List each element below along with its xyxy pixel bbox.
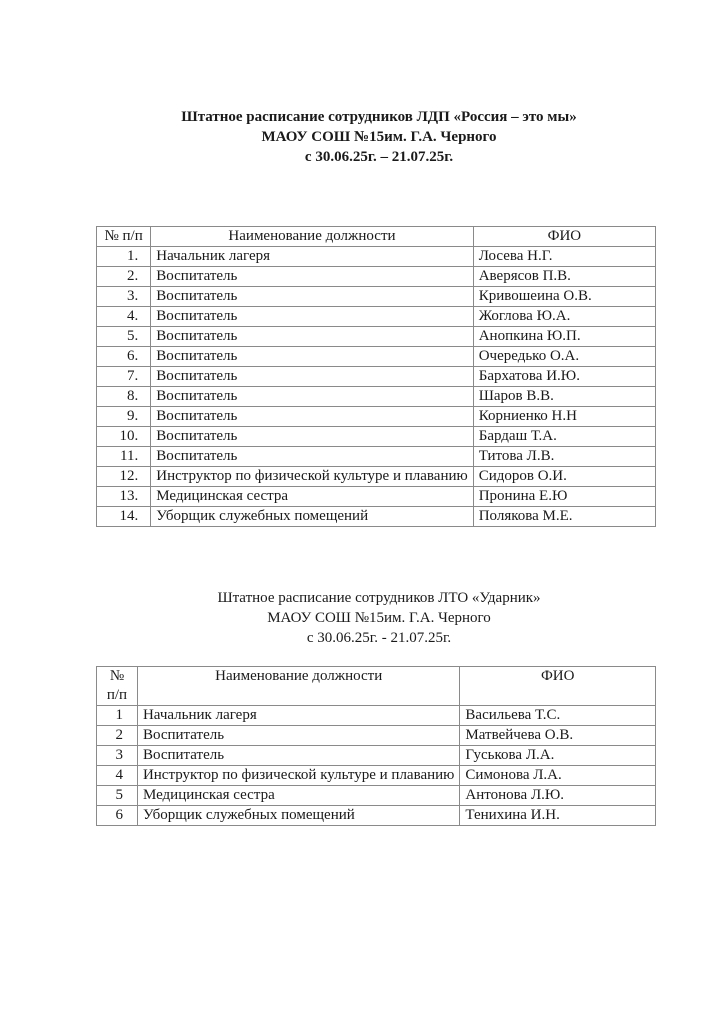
row-position: Воспитатель <box>151 267 473 287</box>
section1-heading: Штатное расписание сотрудников ЛДП «Росс… <box>0 107 724 167</box>
row-number: 1 <box>97 706 138 726</box>
row-number: 4 <box>97 766 138 786</box>
row-position: Уборщик служебных помещений <box>137 806 459 826</box>
row-number: 5 <box>97 786 138 806</box>
section1-title: Штатное расписание сотрудников ЛДП «Росс… <box>34 107 724 127</box>
row-number: 12. <box>97 467 151 487</box>
section1-dates: с 30.06.25г. – 21.07.25г. <box>34 147 724 167</box>
row-position: Воспитатель <box>151 387 473 407</box>
row-name: Сидоров О.И. <box>473 467 655 487</box>
table-row: 1Начальник лагеряВасильева Т.С. <box>97 706 656 726</box>
header-name: ФИО <box>460 667 656 706</box>
row-number: 2 <box>97 726 138 746</box>
row-name: Жоглова Ю.А. <box>473 307 655 327</box>
table-row: 6Уборщик служебных помещенийТенихина И.Н… <box>97 806 656 826</box>
header-number: № п/п <box>97 227 151 247</box>
header-position: Наименование должности <box>151 227 473 247</box>
row-position: Воспитатель <box>151 307 473 327</box>
table-header-row: № п/п Наименование должности ФИО <box>97 667 656 706</box>
header-position: Наименование должности <box>137 667 459 706</box>
header-number: № п/п <box>97 667 138 706</box>
row-number: 10. <box>97 427 151 447</box>
row-number: 9. <box>97 407 151 427</box>
section1-school: МАОУ СОШ №15им. Г.А. Черного <box>34 127 724 147</box>
row-position: Воспитатель <box>151 347 473 367</box>
row-name: Антонова Л.Ю. <box>460 786 656 806</box>
table-row: 5.ВоспитательАнопкина Ю.П. <box>97 327 656 347</box>
row-number: 6 <box>97 806 138 826</box>
table-row: 8.ВоспитательШаров В.В. <box>97 387 656 407</box>
row-position: Воспитатель <box>137 746 459 766</box>
row-name: Тенихина И.Н. <box>460 806 656 826</box>
row-name: Титова Л.В. <box>473 447 655 467</box>
table-row: 3.ВоспитательКривошеина О.В. <box>97 287 656 307</box>
table-row: 14.Уборщик служебных помещенийПолякова М… <box>97 507 656 527</box>
row-number: 3. <box>97 287 151 307</box>
row-number: 4. <box>97 307 151 327</box>
row-name: Полякова М.Е. <box>473 507 655 527</box>
row-name: Очередько О.А. <box>473 347 655 367</box>
row-number: 5. <box>97 327 151 347</box>
row-number: 2. <box>97 267 151 287</box>
table-row: 11.ВоспитательТитова Л.В. <box>97 447 656 467</box>
table-row: 12.Инструктор по физической культуре и п… <box>97 467 656 487</box>
table-row: 2ВоспитательМатвейчева О.В. <box>97 726 656 746</box>
table-row: 1.Начальник лагеряЛосева Н.Г. <box>97 247 656 267</box>
row-number: 11. <box>97 447 151 467</box>
row-name: Шаров В.В. <box>473 387 655 407</box>
staff-table-lto: № п/п Наименование должности ФИО 1Началь… <box>96 666 656 826</box>
row-number: 3 <box>97 746 138 766</box>
header-name: ФИО <box>473 227 655 247</box>
table-row: 9.ВоспитательКорниенко Н.Н <box>97 407 656 427</box>
row-position: Воспитатель <box>151 367 473 387</box>
row-name: Бархатова И.Ю. <box>473 367 655 387</box>
table-row: 4Инструктор по физической культуре и пла… <box>97 766 656 786</box>
row-position: Медицинская сестра <box>137 786 459 806</box>
row-position: Воспитатель <box>137 726 459 746</box>
row-name: Васильева Т.С. <box>460 706 656 726</box>
row-position: Инструктор по физической культуре и плав… <box>151 467 473 487</box>
row-position: Воспитатель <box>151 407 473 427</box>
row-position: Воспитатель <box>151 427 473 447</box>
row-position: Воспитатель <box>151 287 473 307</box>
table-row: 10.ВоспитательБардаш Т.А. <box>97 427 656 447</box>
row-name: Корниенко Н.Н <box>473 407 655 427</box>
table-row: 4.ВоспитательЖоглова Ю.А. <box>97 307 656 327</box>
row-name: Аверясов П.В. <box>473 267 655 287</box>
section2-dates: с 30.06.25г. - 21.07.25г. <box>34 628 724 648</box>
section2-heading: Штатное расписание сотрудников ЛТО «Удар… <box>0 588 724 648</box>
row-number: 13. <box>97 487 151 507</box>
row-position: Медицинская сестра <box>151 487 473 507</box>
row-name: Гуськова Л.А. <box>460 746 656 766</box>
row-name: Лосева Н.Г. <box>473 247 655 267</box>
row-position: Воспитатель <box>151 327 473 347</box>
table-row: 7.ВоспитательБархатова И.Ю. <box>97 367 656 387</box>
row-name: Бардаш Т.А. <box>473 427 655 447</box>
row-number: 7. <box>97 367 151 387</box>
row-number: 6. <box>97 347 151 367</box>
row-number: 8. <box>97 387 151 407</box>
row-position: Уборщик служебных помещений <box>151 507 473 527</box>
row-position: Воспитатель <box>151 447 473 467</box>
row-name: Анопкина Ю.П. <box>473 327 655 347</box>
row-number: 1. <box>97 247 151 267</box>
row-name: Матвейчева О.В. <box>460 726 656 746</box>
staff-table-ldp: № п/п Наименование должности ФИО 1.Начал… <box>96 226 656 527</box>
row-name: Симонова Л.А. <box>460 766 656 786</box>
table-row: 2.ВоспитательАверясов П.В. <box>97 267 656 287</box>
row-number: 14. <box>97 507 151 527</box>
row-position: Начальник лагеря <box>151 247 473 267</box>
table-row: 6.ВоспитательОчередько О.А. <box>97 347 656 367</box>
table-row: 3ВоспитательГуськова Л.А. <box>97 746 656 766</box>
table-row: 5Медицинская сестраАнтонова Л.Ю. <box>97 786 656 806</box>
table-row: 13.Медицинская сестраПронина Е.Ю <box>97 487 656 507</box>
row-position: Начальник лагеря <box>137 706 459 726</box>
row-name: Пронина Е.Ю <box>473 487 655 507</box>
section2-title: Штатное расписание сотрудников ЛТО «Удар… <box>34 588 724 608</box>
table-header-row: № п/п Наименование должности ФИО <box>97 227 656 247</box>
row-name: Кривошеина О.В. <box>473 287 655 307</box>
section2-school: МАОУ СОШ №15им. Г.А. Черного <box>34 608 724 628</box>
row-position: Инструктор по физической культуре и плав… <box>137 766 459 786</box>
